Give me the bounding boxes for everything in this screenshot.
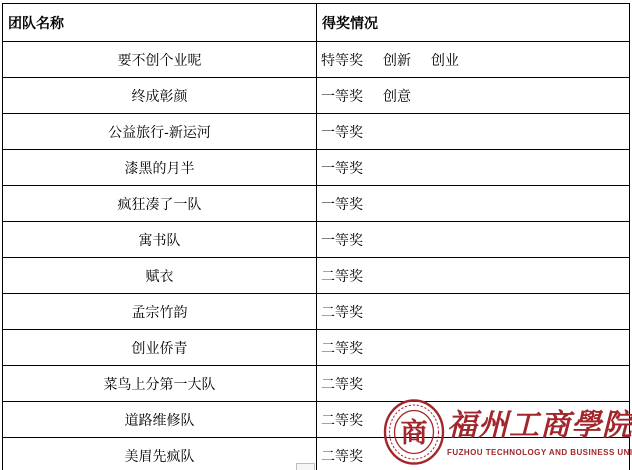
table-row: 寓书队一等奖 bbox=[3, 222, 630, 258]
award-label: 二等奖 bbox=[321, 446, 363, 466]
table-row: 终成彰颜一等奖创意 bbox=[3, 78, 630, 114]
column-header-team-name: 团队名称 bbox=[3, 4, 317, 42]
team-name-cell: 赋衣 bbox=[3, 258, 317, 294]
award-label: 二等奖 bbox=[321, 302, 363, 322]
award-cell: 一等奖 bbox=[317, 222, 630, 258]
award-label: 二等奖 bbox=[321, 338, 363, 358]
team-name-cell: 美眉先疯队 bbox=[3, 438, 317, 470]
team-name-cell: 疯狂凑了一队 bbox=[3, 186, 317, 222]
award-label: 一等奖 bbox=[321, 158, 363, 178]
table-row: 菜鸟上分第一大队二等奖 bbox=[3, 366, 630, 402]
table-row: 道路维修队二等奖 bbox=[3, 402, 630, 438]
award-cell: 特等奖创新创业 bbox=[317, 42, 630, 78]
award-label: 创意 bbox=[383, 86, 411, 106]
table-row: 赋衣二等奖 bbox=[3, 258, 630, 294]
award-label: 一等奖 bbox=[321, 122, 363, 142]
team-name-cell: 孟宗竹韵 bbox=[3, 294, 317, 330]
award-cell: 二等奖 bbox=[317, 438, 630, 470]
award-cell: 二等奖 bbox=[317, 258, 630, 294]
team-name-cell: 寓书队 bbox=[3, 222, 317, 258]
award-cell: 二等奖 bbox=[317, 330, 630, 366]
table-header-row: 团队名称 得奖情况 bbox=[3, 4, 630, 42]
award-cell: 二等奖 bbox=[317, 402, 630, 438]
team-name-cell: 菜鸟上分第一大队 bbox=[3, 366, 317, 402]
award-cell: 一等奖 bbox=[317, 150, 630, 186]
award-cell: 一等奖创意 bbox=[317, 78, 630, 114]
award-cell: 二等奖 bbox=[317, 366, 630, 402]
table-row: 孟宗竹韵二等奖 bbox=[3, 294, 630, 330]
award-label: 创业 bbox=[431, 50, 459, 70]
award-label: 一等奖 bbox=[321, 230, 363, 250]
team-name-cell: 要不创个业呢 bbox=[3, 42, 317, 78]
team-name-cell: 漆黑的月半 bbox=[3, 150, 317, 186]
table-row: 美眉先疯队二等奖 bbox=[3, 438, 630, 470]
team-name-cell: 创业侨青 bbox=[3, 330, 317, 366]
award-label: 二等奖 bbox=[321, 410, 363, 430]
award-label: 二等奖 bbox=[321, 266, 363, 286]
award-label: 创新 bbox=[383, 50, 411, 70]
table-row: 疯狂凑了一队一等奖 bbox=[3, 186, 630, 222]
table-row: 创业侨青二等奖 bbox=[3, 330, 630, 366]
award-label: 一等奖 bbox=[321, 194, 363, 214]
table-row: 漆黑的月半一等奖 bbox=[3, 150, 630, 186]
table-row: 要不创个业呢特等奖创新创业 bbox=[3, 42, 630, 78]
column-header-award-status: 得奖情况 bbox=[317, 4, 630, 42]
table-row: 公益旅行-新运河一等奖 bbox=[3, 114, 630, 150]
team-name-cell: 终成彰颜 bbox=[3, 78, 317, 114]
team-name-cell: 公益旅行-新运河 bbox=[3, 114, 317, 150]
award-label: 特等奖 bbox=[321, 50, 363, 70]
award-cell: 一等奖 bbox=[317, 186, 630, 222]
bottom-edge-artifact bbox=[296, 463, 315, 470]
team-name-cell: 道路维修队 bbox=[3, 402, 317, 438]
award-label: 一等奖 bbox=[321, 86, 363, 106]
award-cell: 二等奖 bbox=[317, 294, 630, 330]
award-cell: 一等奖 bbox=[317, 114, 630, 150]
award-label: 二等奖 bbox=[321, 374, 363, 394]
awards-table: 团队名称 得奖情况 要不创个业呢特等奖创新创业终成彰颜一等奖创意公益旅行-新运河… bbox=[2, 3, 630, 470]
table-body: 要不创个业呢特等奖创新创业终成彰颜一等奖创意公益旅行-新运河一等奖漆黑的月半一等… bbox=[3, 42, 630, 470]
